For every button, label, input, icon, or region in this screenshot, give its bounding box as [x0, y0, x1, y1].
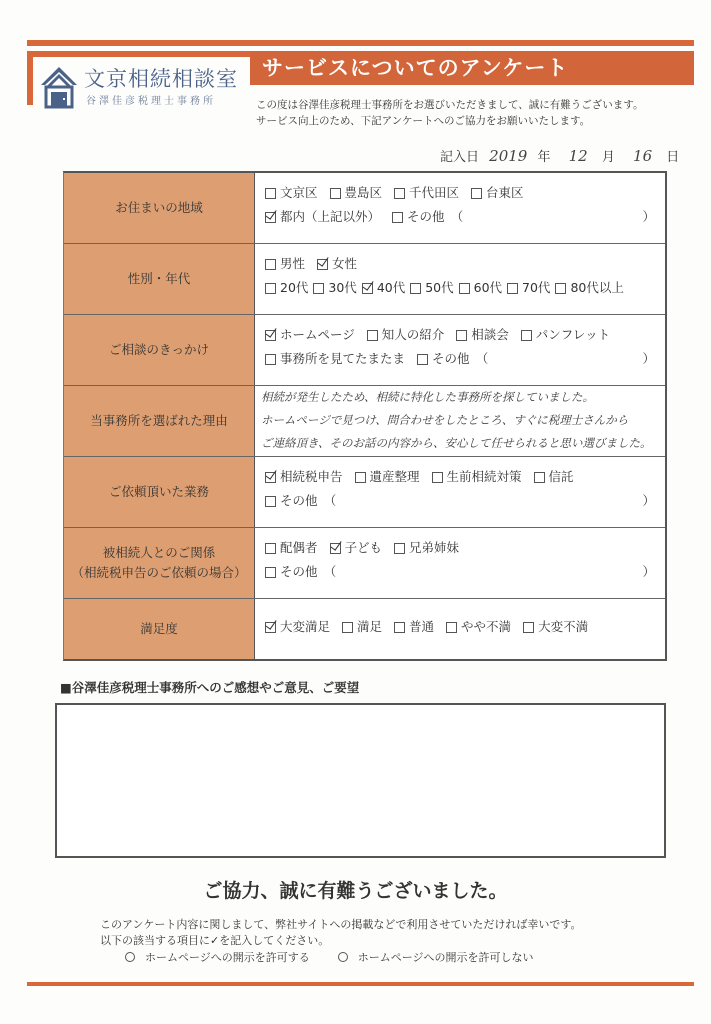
option-label: 60代 [474, 276, 502, 300]
option-female[interactable]: 女性 [317, 252, 357, 276]
option-30s[interactable]: 30代 [313, 276, 356, 300]
consent-deny[interactable]: ホームページへの開示を許可しない [338, 949, 534, 965]
option-label: 兄弟姉妹 [409, 536, 459, 560]
checkbox-icon[interactable] [394, 543, 405, 554]
option-label: その他 （ [280, 560, 336, 584]
survey-table: お住まいの地域 文京区 豊島区 千代田区 台東区 都内（上記以外） その他 （）… [63, 171, 667, 661]
option-label: その他 （ [432, 347, 488, 371]
year-unit: 年 [537, 150, 550, 165]
checkbox-icon[interactable] [313, 283, 324, 294]
consent-line: このアンケート内容に関しまして、弊社サイトへの掲載などで利用させていただければ幸… [100, 917, 581, 933]
row-relationship: 被相続人とのご関係 （相続税申告のご依頼の場合） 配偶者 子ども 兄弟姉妹 その… [64, 528, 665, 599]
left-accent-bracket-vertical [27, 51, 33, 105]
option-label: 満足 [357, 615, 382, 639]
option-label: 70代 [522, 276, 550, 300]
option-seminar[interactable]: 相談会 [456, 323, 509, 347]
close-paren: ） [642, 560, 655, 584]
option-saw-office[interactable]: 事務所を見てたまたま [265, 347, 405, 371]
checkbox-icon[interactable] [459, 283, 470, 294]
checkbox-icon[interactable] [367, 330, 378, 341]
option-pre-death-planning[interactable]: 生前相続対策 [432, 465, 522, 489]
intro-text: この度は谷澤佳彦税理士事務所をお選びいただきまして、誠に有難うございます。 サー… [256, 97, 643, 129]
row-label-sub: （相続税申告のご依頼の場合） [71, 563, 246, 583]
date-month-field[interactable]: 12 [569, 147, 588, 165]
row-satisfaction: 満足度 大変満足 満足 普通 やや不満 大変不満 [64, 599, 665, 659]
house-icon [40, 65, 78, 109]
option-taito[interactable]: 台東区 [471, 181, 524, 205]
option-label: 30代 [328, 276, 356, 300]
close-paren: ） [642, 489, 655, 513]
checkbox-icon[interactable] [265, 188, 276, 199]
row-label: 被相続人とのご関係 （相続税申告のご依頼の場合） [64, 528, 255, 598]
row-label: お住まいの地域 [64, 173, 255, 243]
checkbox-icon[interactable] [394, 188, 405, 199]
checkbox-icon[interactable] [342, 622, 353, 633]
checkbox-checked-icon[interactable] [265, 622, 276, 633]
month-unit: 月 [602, 150, 615, 165]
option-label: 豊島区 [345, 181, 383, 205]
checkbox-icon[interactable] [456, 330, 467, 341]
checkbox-checked-icon[interactable] [317, 259, 328, 270]
option-label: ホームページへの開示を許可しない [358, 949, 534, 965]
checkbox-icon[interactable] [265, 283, 276, 294]
option-trust[interactable]: 信託 [534, 465, 574, 489]
option-label: 40代 [377, 276, 405, 300]
radio-circle-icon[interactable] [125, 952, 135, 962]
consent-options: ホームページへの開示を許可する ホームページへの開示を許可しない [125, 949, 562, 965]
row-consultation-trigger: ご相談のきっかけ ホームページ 知人の紹介 相談会 パンフレット 事務所を見てた… [64, 315, 665, 386]
option-40s[interactable]: 40代 [362, 276, 405, 300]
checkbox-icon[interactable] [392, 212, 403, 223]
option-label: 生前相続対策 [447, 465, 522, 489]
checkbox-icon[interactable] [523, 622, 534, 633]
row-options: 文京区 豊島区 千代田区 台東区 都内（上記以外） その他 （） [255, 173, 665, 243]
row-options: 大変満足 満足 普通 やや不満 大変不満 [255, 599, 665, 659]
checkbox-icon[interactable] [265, 259, 276, 270]
checkbox-icon[interactable] [265, 496, 276, 507]
option-label: 遺産整理 [370, 465, 420, 489]
option-80s-plus[interactable]: 80代以上 [555, 276, 623, 300]
logo: 文京相続相談室 谷澤佳彦税理士事務所 [40, 65, 245, 115]
option-label: ホームページ [280, 323, 355, 347]
checkbox-checked-icon[interactable] [330, 543, 341, 554]
date-day-field[interactable]: 16 [633, 147, 652, 165]
entry-date: 記入日 2019 年 12 月 16 日 [440, 146, 679, 165]
option-label: 台東区 [486, 181, 524, 205]
checkbox-checked-icon[interactable] [265, 472, 276, 483]
checkbox-icon[interactable] [410, 283, 421, 294]
checkbox-icon[interactable] [417, 354, 428, 365]
radio-circle-icon[interactable] [338, 952, 348, 962]
option-label: 相談会 [471, 323, 509, 347]
row-reason: 当事務所を選ばれた理由 相続が発生したため、相続に特化した事務所を探していました… [64, 386, 665, 457]
survey-title: サービスについてのアンケート [250, 51, 694, 85]
handwritten-line: 相続が発生したため、相続に特化した事務所を探していました。 [261, 386, 659, 409]
checkbox-checked-icon[interactable] [265, 212, 276, 223]
row-label: ご相談のきっかけ [64, 315, 255, 385]
close-paren: ） [642, 347, 655, 371]
row-options: 相続税申告 遺産整理 生前相続対策 信託 その他 （） [255, 457, 665, 527]
row-label: ご依頼頂いた業務 [64, 457, 255, 527]
option-other[interactable]: その他 （ [417, 347, 488, 371]
row-options: 配偶者 子ども 兄弟姉妹 その他 （） [255, 528, 665, 598]
option-label: 知人の紹介 [382, 323, 445, 347]
option-inheritance-tax-filing[interactable]: 相続税申告 [265, 465, 343, 489]
reason-textarea[interactable]: 相続が発生したため、相続に特化した事務所を探していました。 ホームページで見つけ… [255, 386, 665, 456]
row-label: 性別・年代 [64, 244, 255, 314]
option-referral[interactable]: 知人の紹介 [367, 323, 445, 347]
option-60s[interactable]: 60代 [459, 276, 502, 300]
comments-heading: ■谷澤佳彦税理士事務所へのご感想やご意見、ご要望 [60, 678, 359, 696]
option-label: 子ども [345, 536, 383, 560]
option-very-satisfied[interactable]: 大変満足 [265, 615, 330, 639]
option-chiyoda[interactable]: 千代田区 [394, 181, 459, 205]
row-services: ご依頼頂いた業務 相続税申告 遺産整理 生前相続対策 信託 その他 （） [64, 457, 665, 528]
consent-allow[interactable]: ホームページへの開示を許可する [125, 949, 310, 965]
checkbox-icon[interactable] [446, 622, 457, 633]
option-label: 信託 [549, 465, 574, 489]
option-label: 50代 [425, 276, 453, 300]
option-label: 男性 [280, 252, 305, 276]
checkbox-checked-icon[interactable] [265, 330, 276, 341]
row-residence: お住まいの地域 文京区 豊島区 千代田区 台東区 都内（上記以外） その他 （） [64, 173, 665, 244]
checkbox-icon[interactable] [555, 283, 566, 294]
checkbox-icon[interactable] [471, 188, 482, 199]
checkbox-icon[interactable] [355, 472, 366, 483]
option-label: 相続税申告 [280, 465, 343, 489]
option-toshima[interactable]: 豊島区 [330, 181, 383, 205]
checkbox-icon[interactable] [394, 622, 405, 633]
checkbox-icon[interactable] [521, 330, 532, 341]
option-child[interactable]: 子ども [330, 536, 383, 560]
close-paren: ） [642, 205, 655, 229]
option-label: 大変満足 [280, 615, 330, 639]
comments-textarea[interactable] [55, 703, 666, 858]
checkbox-icon[interactable] [265, 567, 276, 578]
option-label: 都内（上記以外） [280, 205, 380, 229]
checkbox-icon[interactable] [265, 543, 276, 554]
option-50s[interactable]: 50代 [410, 276, 453, 300]
checkbox-checked-icon[interactable] [362, 283, 373, 294]
option-pamphlet[interactable]: パンフレット [521, 323, 610, 347]
day-unit: 日 [666, 150, 679, 165]
option-estate-settlement[interactable]: 遺産整理 [355, 465, 420, 489]
left-accent-bracket [27, 51, 250, 57]
logo-title: 文京相続相談室 [84, 63, 238, 93]
option-label: その他 （ [407, 205, 463, 229]
option-spouse[interactable]: 配偶者 [265, 536, 318, 560]
option-neutral[interactable]: 普通 [394, 615, 434, 639]
option-bunkyo[interactable]: 文京区 [265, 181, 318, 205]
row-options: 男性 女性 20代 30代 40代 50代 60代 70代 80代以上 [255, 244, 665, 314]
checkbox-icon[interactable] [507, 283, 518, 294]
option-label: 配偶者 [280, 536, 318, 560]
option-label: その他 （ [280, 489, 336, 513]
intro-line: サービス向上のため、下記アンケートへのご協力をお願いいたします。 [256, 113, 643, 129]
handwritten-line: ホームページで見つけ、問合わせをしたところ、すぐに税理士さんから [261, 409, 659, 432]
option-other[interactable]: その他 （ [392, 205, 463, 229]
logo-subtitle: 谷澤佳彦税理士事務所 [86, 92, 216, 107]
date-label: 記入日 [440, 150, 479, 165]
option-label: 80代以上 [570, 276, 623, 300]
checkbox-icon[interactable] [265, 354, 276, 365]
option-other[interactable]: その他 （ [265, 560, 336, 584]
option-label: 文京区 [280, 181, 318, 205]
thanks-message: ご協力、誠に有難うございました。 [0, 876, 711, 903]
option-label: パンフレット [536, 323, 610, 347]
row-options: ホームページ 知人の紹介 相談会 パンフレット 事務所を見てたまたま その他 （… [255, 315, 665, 385]
handwritten-line: ご連絡頂き、そのお話の内容から、安心して任せられると思い選びました。 [261, 432, 659, 455]
option-label: 普通 [409, 615, 434, 639]
checkbox-icon[interactable] [432, 472, 443, 483]
top-accent-line [27, 40, 694, 46]
option-20s[interactable]: 20代 [265, 276, 308, 300]
option-homepage[interactable]: ホームページ [265, 323, 355, 347]
option-label: やや不満 [461, 615, 511, 639]
consent-line: 以下の該当する項目に✓を記入してください。 [100, 933, 581, 949]
option-label: 千代田区 [409, 181, 459, 205]
option-label: 女性 [332, 252, 357, 276]
checkbox-icon[interactable] [330, 188, 341, 199]
option-sibling[interactable]: 兄弟姉妹 [394, 536, 459, 560]
option-other[interactable]: その他 （ [265, 489, 336, 513]
intro-line: この度は谷澤佳彦税理士事務所をお選びいただきまして、誠に有難うございます。 [256, 97, 643, 113]
row-label: 満足度 [64, 599, 255, 659]
row-gender-age: 性別・年代 男性 女性 20代 30代 40代 50代 60代 70代 80代以… [64, 244, 665, 315]
checkbox-icon[interactable] [534, 472, 545, 483]
option-label: 20代 [280, 276, 308, 300]
option-70s[interactable]: 70代 [507, 276, 550, 300]
option-label: 大変不満 [538, 615, 588, 639]
option-very-dissatisfied[interactable]: 大変不満 [523, 615, 588, 639]
option-label: ホームページへの開示を許可する [145, 949, 310, 965]
consent-text: このアンケート内容に関しまして、弊社サイトへの掲載などで利用させていただければ幸… [100, 917, 581, 949]
row-label: 当事務所を選ばれた理由 [64, 386, 255, 456]
option-label: 事務所を見てたまたま [280, 347, 405, 371]
option-tokyo-other[interactable]: 都内（上記以外） [265, 205, 380, 229]
option-satisfied[interactable]: 満足 [342, 615, 382, 639]
row-label-main: 被相続人とのご関係 [103, 543, 216, 563]
option-male[interactable]: 男性 [265, 252, 305, 276]
option-somewhat-dissatisfied[interactable]: やや不満 [446, 615, 511, 639]
bottom-accent-line [27, 982, 694, 986]
date-year-field[interactable]: 2019 [489, 147, 527, 165]
